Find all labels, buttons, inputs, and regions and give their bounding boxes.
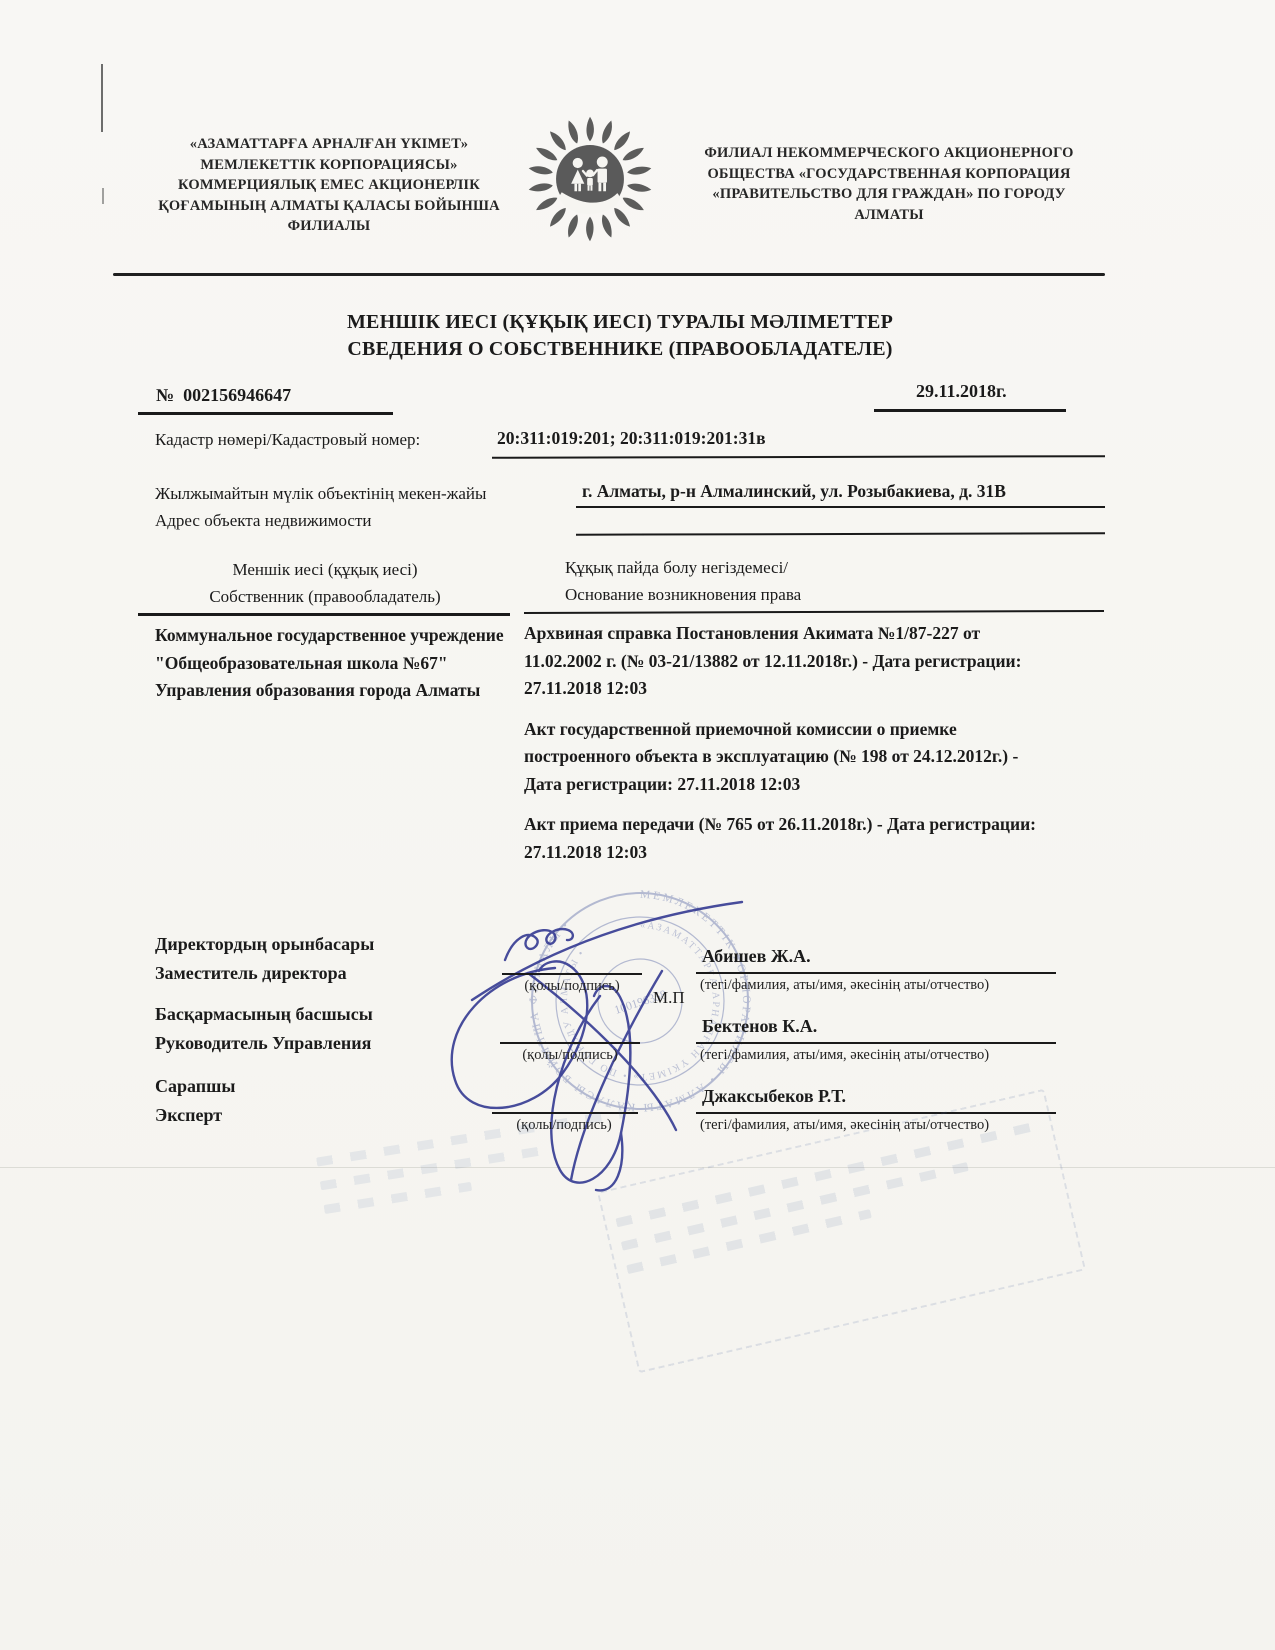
family-in-sun-logo-icon (524, 108, 656, 250)
org-kz-line: ҚОҒАМЫНЫҢ АЛМАТЫ ҚАЛАСЫ БОЙЫНША (113, 196, 545, 217)
address-label-ru: Адрес объекта недвижимости (155, 507, 575, 534)
signature-caption-1: (қолы/подпись) (488, 978, 656, 995)
org-ru-line: АЛМАТЫ (658, 205, 1120, 226)
document-title: МЕНШІК ИЕСІ (ҚҰҚЫҚ ИЕСІ) ТУРАЛЫ МӘЛІМЕТТ… (0, 309, 1240, 363)
signature-line-1 (502, 973, 642, 975)
title-line-ru: СВЕДЕНИЯ О СОБСТВЕННИКЕ (ПРАВООБЛАДАТЕЛЕ… (0, 336, 1240, 363)
address-underline-2 (576, 532, 1105, 535)
scan-artifact-line (101, 64, 103, 132)
basis-item: Акт государственной приемочной комиссии … (524, 716, 1056, 799)
signatory-name-2: Бектенов К.А. (702, 1016, 817, 1037)
address-label: Жылжымайтын мүлік объектінің мекен-жайы … (155, 480, 575, 534)
role-3-kz: Сарапшы (155, 1072, 235, 1101)
scanned-document-page: «АЗАМАТТАРҒА АРНАЛҒАН ҮКІМЕТ» МЕМЛЕКЕТТІ… (0, 0, 1275, 1650)
header-org-russian: ФИЛИАЛ НЕКОММЕРЧЕСКОГО АКЦИОНЕРНОГО ОБЩЕ… (658, 143, 1120, 225)
basis-header-ru: Основание возникновения права (565, 581, 1085, 608)
org-kz-line: ФИЛИАЛЫ (113, 216, 545, 237)
basis-header-kz: Құқық пайда болу негіздемесі/ (565, 554, 1085, 581)
header-org-kazakh: «АЗАМАТТАРҒА АРНАЛҒАН ҮКІМЕТ» МЕМЛЕКЕТТІ… (113, 134, 545, 237)
cadastral-underline (492, 455, 1105, 459)
number-label: № (156, 385, 174, 405)
basis-list: Архвиная справка Постановления Акимата №… (524, 620, 1056, 866)
seal-mark-label: М.П (653, 988, 685, 1008)
number-underline (138, 412, 393, 415)
signature-caption-2: (қолы/подпись) (486, 1047, 654, 1064)
role-3-ru: Эксперт (155, 1101, 235, 1130)
address-label-kz: Жылжымайтын мүлік объектінің мекен-жайы (155, 480, 575, 507)
role-2-kz: Басқармасының басшысы (155, 1000, 373, 1029)
org-ru-line: ОБЩЕСТВА «ГОСУДАРСТВЕННАЯ КОРПОРАЦИЯ (658, 164, 1120, 185)
signature-scribble-1 (505, 929, 573, 960)
owner-value: Коммунальное государственное учреждение … (155, 622, 513, 705)
basis-header-underline (524, 610, 1104, 614)
signature-line-2 (500, 1042, 640, 1044)
org-ru-line: ФИЛИАЛ НЕКОММЕРЧЕСКОГО АКЦИОНЕРНОГО (658, 143, 1120, 164)
document-date: 29.11.2018г. (916, 381, 1007, 402)
org-kz-line: «АЗАМАТТАРҒА АРНАЛҒАН ҮКІМЕТ» (113, 134, 545, 155)
number-value: 002156946647 (183, 385, 291, 405)
title-line-kz: МЕНШІК ИЕСІ (ҚҰҚЫҚ ИЕСІ) ТУРАЛЫ МӘЛІМЕТТ… (0, 309, 1240, 336)
signatory-name-3: Джаксыбеков Р.Т. (702, 1086, 846, 1107)
owner-header-underline (138, 613, 510, 616)
owner-header-ru: Собственник (правообладатель) (140, 583, 510, 610)
signature-role-3: Сарапшы Эксперт (155, 1072, 235, 1130)
date-underline (874, 409, 1066, 412)
name-underline-1 (696, 972, 1056, 974)
document-number: № 002156946647 (156, 385, 291, 406)
basis-item: Акт приема передачи (№ 765 от 26.11.2018… (524, 811, 1056, 866)
name-caption-2: (тегі/фамилия, аты/имя, әкесінің аты/отч… (700, 1047, 989, 1064)
role-1-ru: Заместитель директора (155, 959, 374, 988)
cadastral-label: Кадастр нөмері/Кадастровый номер: (155, 430, 420, 450)
name-caption-1: (тегі/фамилия, аты/имя, әкесінің аты/отч… (700, 977, 989, 994)
signature-role-1: Директордың орынбасары Заместитель дирек… (155, 930, 374, 988)
org-kz-line: МЕМЛЕКЕТТІК КОРПОРАЦИЯСЫ» (113, 155, 545, 176)
address-value: г. Алматы, р-н Алмалинский, ул. Розыбаки… (582, 478, 1060, 505)
cadastral-value: 20:311:019:201; 20:311:019:201:31в (497, 428, 766, 449)
org-kz-line: КОММЕРЦИЯЛЫҚ ЕМЕС АКЦИОНЕРЛІК (113, 175, 545, 196)
signatory-name-1: Абишев Ж.А. (702, 946, 811, 967)
address-underline-1 (576, 506, 1105, 508)
role-1-kz: Директордың орынбасары (155, 930, 374, 959)
name-underline-2 (696, 1042, 1056, 1044)
basis-column-header: Құқық пайда болу негіздемесі/ Основание … (565, 554, 1085, 608)
basis-item: Архвиная справка Постановления Акимата №… (524, 620, 1056, 703)
scan-artifact-line-2 (102, 188, 104, 204)
signature-role-2: Басқармасының басшысы Руководитель Управ… (155, 1000, 373, 1058)
header-divider (113, 273, 1105, 276)
owner-column-header: Меншік иесі (құқық иесі) Собственник (пр… (140, 556, 510, 610)
role-2-ru: Руководитель Управления (155, 1029, 373, 1058)
org-ru-line: «ПРАВИТЕЛЬСТВО ДЛЯ ГРАЖДАН» ПО ГОРОДУ (658, 184, 1120, 205)
owner-header-kz: Меншік иесі (құқық иесі) (140, 556, 510, 583)
